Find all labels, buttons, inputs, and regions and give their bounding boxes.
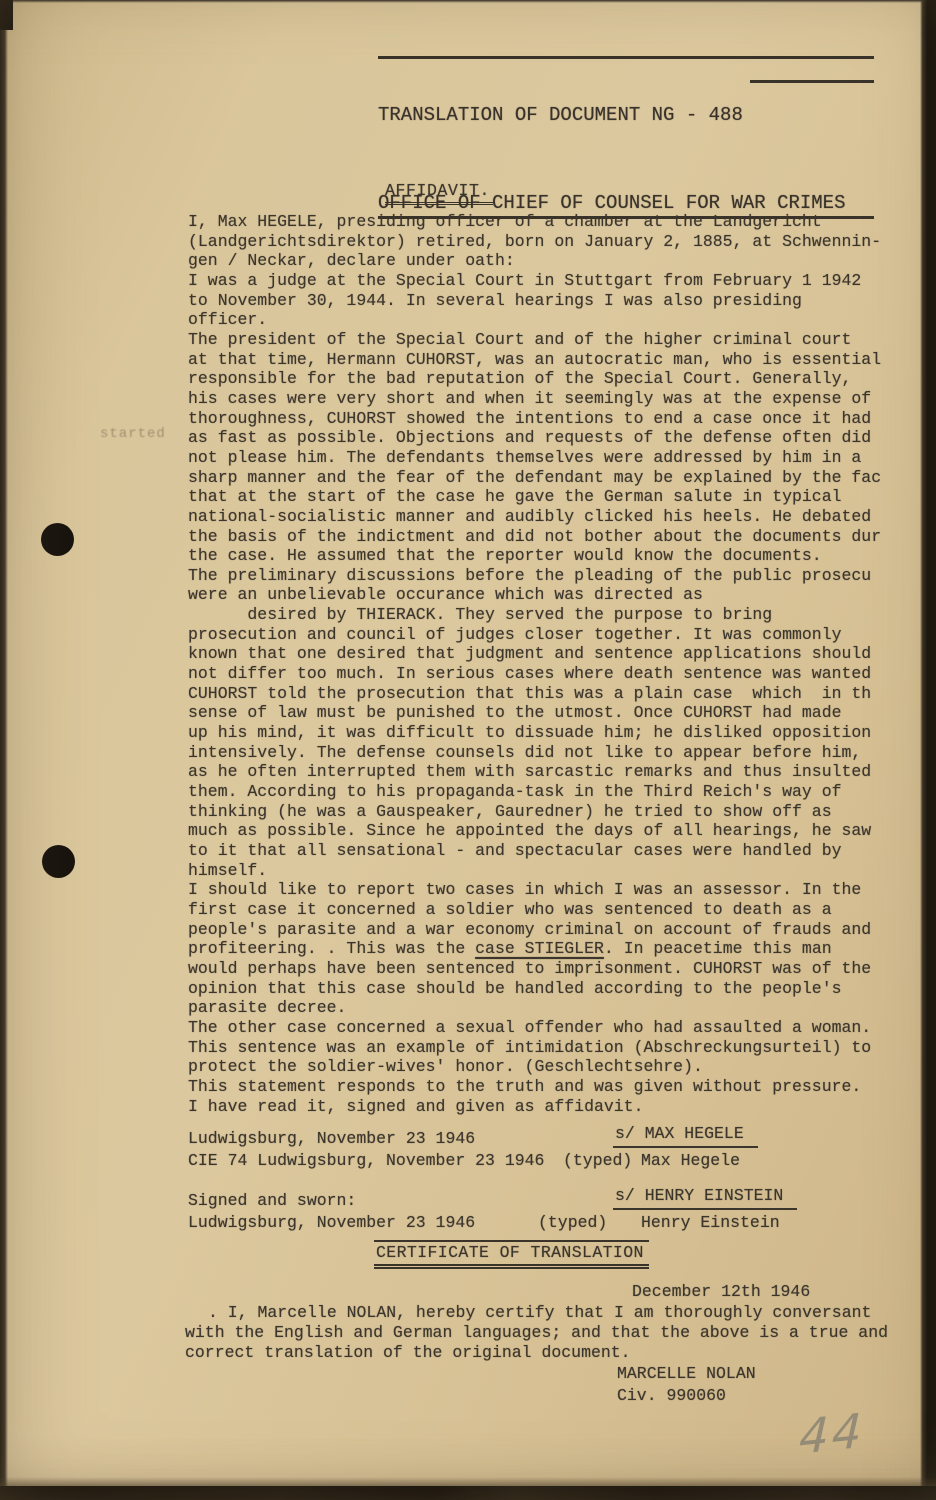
- sig2-typed-name: Henry Einstein: [641, 1213, 780, 1233]
- body-line: protect the soldier-wives' honor. (Gesch…: [188, 1057, 881, 1077]
- body-line: national-socialistic manner and audibly …: [188, 507, 881, 527]
- body-line: the basis of the indictment and did not …: [188, 527, 881, 547]
- certificate-line3: correct translation of the original docu…: [185, 1343, 631, 1363]
- body-line: sharp manner and the fear of the defenda…: [188, 468, 881, 488]
- sig2-sworn-label: Signed and sworn:: [188, 1191, 356, 1211]
- body-line: himself.: [188, 861, 881, 881]
- body-line: This sentence was an example of intimida…: [188, 1038, 881, 1058]
- body-line: profiteering. . This was the case STIEGL…: [188, 939, 881, 959]
- body-line: first case it concerned a soldier who wa…: [188, 900, 881, 920]
- body-line: responsible for the bad reputation of th…: [188, 369, 881, 389]
- body-line: not please him. The defendants themselve…: [188, 448, 881, 468]
- certificate-line1: . I, Marcelle NOLAN, hereby certify that…: [208, 1303, 871, 1323]
- sig1-place-date: Ludwigsburg, November 23 1946: [188, 1129, 475, 1149]
- body-line: that at the start of the case he gave th…: [188, 487, 881, 507]
- body-line: them. According to his propaganda-task i…: [188, 782, 881, 802]
- margin-note: started: [100, 426, 166, 442]
- body-line: as fast as possible. Objections and requ…: [188, 428, 881, 448]
- body-line: opinion that this case should be handled…: [188, 979, 881, 999]
- body-line: would perhaps have been sentenced to imp…: [188, 959, 881, 979]
- scanned-document-page: started TRANSLATION OF DOCUMENT NG - 488…: [0, 0, 936, 1500]
- body-line: known that one desired that judgment and…: [188, 644, 881, 664]
- scan-edge-left: [0, 0, 8, 1500]
- page-number-handwritten: 44: [798, 1403, 865, 1465]
- sig2-signature: s/ HENRY EINSTEIN: [613, 1186, 797, 1210]
- body-line: desired by THIERACK. They served the pur…: [188, 605, 881, 625]
- affidavit-title: AFFIDAVIT.: [385, 181, 493, 205]
- body-line: not differ too much. In serious cases wh…: [188, 664, 881, 684]
- body-line: were an unbelievable occurance which was…: [188, 585, 881, 605]
- body-line: people's parasite and a war economy crim…: [188, 920, 881, 940]
- translator-name: MARCELLE NOLAN: [617, 1364, 756, 1384]
- sig1-typed-name: Max Hegele: [641, 1151, 740, 1171]
- body-line: parasite decree.: [188, 998, 881, 1018]
- body-line: The preliminary discussions before the p…: [188, 566, 881, 586]
- body-line: to it that all sensational - and spectac…: [188, 841, 881, 861]
- body-line-text: profiteering. . This was the: [188, 939, 475, 958]
- translator-civ-number: Civ. 990060: [617, 1386, 726, 1406]
- body-line-text: . In peacetime this man: [604, 939, 832, 958]
- certificate-date: December 12th 1946: [632, 1282, 810, 1302]
- body-line: The other case concerned a sexual offend…: [188, 1018, 881, 1038]
- header-line1: TRANSLATION OF DOCUMENT NG - 488: [378, 103, 874, 126]
- body-line: much as possible. Since he appointed the…: [188, 821, 881, 841]
- sig1-signature: s/ MAX HEGELE: [613, 1124, 758, 1148]
- scan-edge-top: [0, 0, 936, 3]
- sig1-registry-line: CIE 74 Ludwigsburg, November 23 1946: [188, 1151, 544, 1171]
- body-line: The president of the Special Court and o…: [188, 330, 881, 350]
- punch-hole-bottom: [42, 845, 75, 878]
- sig1-typed-label: (typed): [563, 1151, 632, 1171]
- body-line: prosecution and council of judges closer…: [188, 625, 881, 645]
- body-line: as he often interrupted them with sarcas…: [188, 762, 881, 782]
- scan-corner-mark: [0, 0, 13, 30]
- body-line: This statement responds to the truth and…: [188, 1077, 881, 1097]
- body-line: thinking (he was a Gauspeaker, Gauredner…: [188, 802, 881, 822]
- body-line: thoroughness, CUHORST showed the intenti…: [188, 409, 881, 429]
- body-line: his cases were very short and when it se…: [188, 389, 881, 409]
- affidavit-body: I, Max HEGELE, presiding officer of a ch…: [188, 212, 881, 1116]
- underlined-case-reference: case STIEGLER: [475, 939, 604, 958]
- body-line: at that time, Hermann CUHORST, was an au…: [188, 350, 881, 370]
- body-line: up his mind, it was difficult to dissuad…: [188, 723, 881, 743]
- body-line: the case. He assumed that the reporter w…: [188, 546, 881, 566]
- scan-edge-right: [920, 0, 936, 1500]
- certificate-line2: with the English and German languages; a…: [185, 1323, 888, 1343]
- body-line: (Landgerichtsdirektor) retired, born on …: [188, 232, 881, 252]
- body-line: to November 30, 1944. In several hearing…: [188, 291, 881, 311]
- scan-edge-bottom: [0, 1486, 936, 1500]
- header-rule-segment: [750, 80, 874, 83]
- body-line: officer.: [188, 310, 881, 330]
- body-line: intensively. The defense counsels did no…: [188, 743, 881, 763]
- punch-hole-top: [41, 523, 74, 556]
- sig2-typed-label: (typed): [538, 1213, 607, 1233]
- body-line: I was a judge at the Special Court in St…: [188, 271, 881, 291]
- scan-bottom-shadow: [0, 1477, 936, 1486]
- body-line: sense of law must be punished to the utm…: [188, 703, 881, 723]
- certificate-title: CERTIFICATE OF TRANSLATION: [374, 1240, 649, 1269]
- body-line: I, Max HEGELE, presiding officer of a ch…: [188, 212, 881, 232]
- body-line: gen / Neckar, declare under oath:: [188, 251, 881, 271]
- body-line: I should like to report two cases in whi…: [188, 880, 881, 900]
- body-line: CUHORST told the prosecution that this w…: [188, 684, 881, 704]
- sig2-place-date: Ludwigsburg, November 23 1946: [188, 1213, 475, 1233]
- body-line: I have read it, signed and given as affi…: [188, 1097, 881, 1117]
